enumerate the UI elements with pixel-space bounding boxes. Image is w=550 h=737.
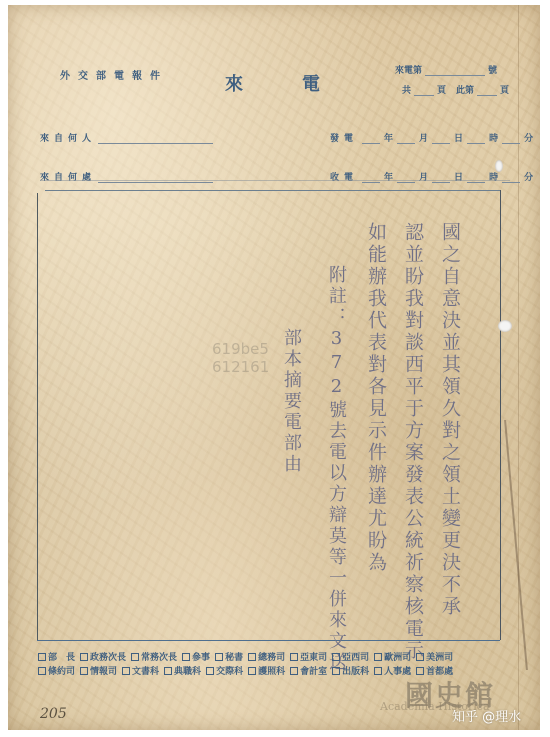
checkbox-square[interactable] xyxy=(131,653,139,661)
routing-checkbox[interactable]: 政務次長 xyxy=(80,650,126,663)
serial-suffix: 號 xyxy=(488,63,497,76)
serial-value xyxy=(425,66,485,76)
routing-checkbox-label: 條約司 xyxy=(48,664,75,677)
routing-checkbox[interactable]: 交際科 xyxy=(206,664,243,677)
sent-datetime-field: 發電 年 月 日 時 分 xyxy=(330,131,533,144)
routing-checkbox-label: 歐洲司 xyxy=(384,650,411,663)
checkbox-square[interactable] xyxy=(38,667,46,675)
sent-month-blank xyxy=(397,134,415,144)
from-person-value xyxy=(98,134,213,144)
routing-checkbox[interactable]: 會計室 xyxy=(290,664,327,677)
routing-checkbox-label: 總務司 xyxy=(258,650,285,663)
routing-checkbox-label: 會計室 xyxy=(300,664,327,677)
sent-hour-blank xyxy=(467,134,485,144)
received-label: 收電 xyxy=(330,170,358,183)
routing-checkbox[interactable]: 情報司 xyxy=(80,664,117,677)
department-label: 外交部電報件 xyxy=(60,67,168,82)
routing-checkbox-label: 亞東司 xyxy=(300,650,327,663)
checkbox-square[interactable] xyxy=(164,667,172,675)
pages-total-suffix: 頁 xyxy=(437,83,446,96)
routing-row-2: 條約司情報司文書科典職科交際科護照科會計室出版科人事處首都處 xyxy=(38,664,453,677)
faint-id-line-1: 619be5 xyxy=(212,340,269,358)
source-credit: 知乎 @理水 xyxy=(452,706,521,725)
received-hour-blank xyxy=(467,173,485,183)
checkbox-square[interactable] xyxy=(38,653,46,661)
routing-checkbox[interactable]: 亞東司 xyxy=(290,650,327,663)
routing-checkbox-label: 護照科 xyxy=(258,664,285,677)
pages-this-suffix: 頁 xyxy=(500,83,509,96)
body-frame-right xyxy=(500,190,501,640)
punch-hole xyxy=(495,160,503,172)
routing-checkbox[interactable]: 參事 xyxy=(182,650,210,663)
received-month-label: 月 xyxy=(419,170,428,183)
routing-checkbox-label: 參事 xyxy=(192,650,210,663)
received-minute-blank xyxy=(502,173,520,183)
faint-id-overlay: 619be5 612161 xyxy=(212,340,269,376)
routing-checkbox[interactable]: 秘書 xyxy=(215,650,243,663)
sent-minute-label: 分 xyxy=(524,131,533,144)
routing-checkbox[interactable]: 常務次長 xyxy=(131,650,177,663)
from-place-value xyxy=(98,173,213,183)
routing-checkbox[interactable]: 亞西司 xyxy=(332,650,369,663)
routing-checkbox[interactable]: 文書科 xyxy=(122,664,159,677)
checkbox-square[interactable] xyxy=(182,653,190,661)
checkbox-square[interactable] xyxy=(215,653,223,661)
body-frame-left xyxy=(37,193,38,640)
routing-checkbox-label: 政務次長 xyxy=(90,650,126,663)
body-column-summary: 部本摘要電部由 xyxy=(282,328,300,475)
checkbox-square[interactable] xyxy=(332,653,340,661)
from-person-field: 來自何人 xyxy=(40,131,213,144)
page-count-field: 共 頁 此第 頁 xyxy=(402,83,509,96)
routing-checkbox-label: 部 長 xyxy=(48,650,75,663)
sent-day-label: 日 xyxy=(454,131,463,144)
routing-row-1: 部 長政務次長常務次長參事秘書總務司亞東司亞西司歐洲司美洲司 xyxy=(38,650,453,663)
routing-checkbox-label: 交際科 xyxy=(216,664,243,677)
checkbox-square[interactable] xyxy=(374,667,382,675)
routing-checkbox-label: 秘書 xyxy=(225,650,243,663)
sent-label: 發電 xyxy=(330,131,358,144)
pages-this-blank xyxy=(477,86,497,96)
body-frame-bottom xyxy=(37,640,500,641)
faint-id-line-2: 612161 xyxy=(212,358,269,376)
page-number: 205 xyxy=(40,706,67,722)
routing-checkbox-label: 出版科 xyxy=(342,664,369,677)
form-title-char-2: 電 xyxy=(302,70,320,96)
checkbox-square[interactable] xyxy=(248,667,256,675)
routing-checkbox[interactable]: 出版科 xyxy=(332,664,369,677)
checkbox-square[interactable] xyxy=(80,667,88,675)
routing-checkbox-label: 亞西司 xyxy=(342,650,369,663)
checkbox-square[interactable] xyxy=(332,667,340,675)
routing-checkbox[interactable]: 典職科 xyxy=(164,664,201,677)
punch-hole xyxy=(498,320,512,332)
sent-minute-blank xyxy=(502,134,520,144)
checkbox-square[interactable] xyxy=(248,653,256,661)
checkbox-square[interactable] xyxy=(80,653,88,661)
routing-checkbox[interactable]: 歐洲司 xyxy=(374,650,411,663)
header-divider xyxy=(40,180,510,181)
received-day-label: 日 xyxy=(454,170,463,183)
serial-prefix: 來電第 xyxy=(395,63,422,76)
received-hour-label: 時 xyxy=(489,170,498,183)
from-person-label: 來自何人 xyxy=(40,131,96,144)
checkbox-square[interactable] xyxy=(374,653,382,661)
checkbox-square[interactable] xyxy=(290,653,298,661)
serial-number-field: 來電第 號 xyxy=(395,63,497,76)
checkbox-square[interactable] xyxy=(122,667,130,675)
checkbox-square[interactable] xyxy=(206,667,214,675)
routing-checkbox[interactable]: 部 長 xyxy=(38,650,75,663)
body-column-note: 附註：372號去電以方辯莫等一併來文送 xyxy=(327,265,345,673)
body-column-2: 認並盼我對談西平于方案發表公統祈察核電示 xyxy=(403,222,422,662)
routing-checkbox[interactable]: 條約司 xyxy=(38,664,75,677)
received-datetime-field: 收電 年 月 日 時 分 xyxy=(330,170,533,183)
pages-total-prefix: 共 xyxy=(402,83,411,96)
routing-checkbox-label: 常務次長 xyxy=(141,650,177,663)
checkbox-square[interactable] xyxy=(416,653,424,661)
received-minute-label: 分 xyxy=(524,170,533,183)
sent-hour-label: 時 xyxy=(489,131,498,144)
received-day-blank xyxy=(432,173,450,183)
routing-checkbox[interactable]: 美洲司 xyxy=(416,650,453,663)
from-place-label: 來自何處 xyxy=(40,170,96,183)
sent-day-blank xyxy=(432,134,450,144)
paper-fold xyxy=(518,5,519,730)
routing-checkbox-label: 美洲司 xyxy=(426,650,453,663)
body-column-3: 如能辦我代表對各見示件辦達尤盼為 xyxy=(366,222,385,574)
received-year-label: 年 xyxy=(384,170,393,183)
sent-year-blank xyxy=(362,134,380,144)
sent-year-label: 年 xyxy=(384,131,393,144)
from-place-field: 來自何處 xyxy=(40,170,213,183)
form-title-char-1: 來 xyxy=(225,70,243,96)
routing-checkbox[interactable]: 護照科 xyxy=(248,664,285,677)
routing-checkbox-label: 情報司 xyxy=(90,664,117,677)
routing-checkbox-label: 文書科 xyxy=(132,664,159,677)
pages-this-prefix: 此第 xyxy=(456,83,474,96)
pages-total-blank xyxy=(414,86,434,96)
routing-checkbox-label: 典職科 xyxy=(174,664,201,677)
body-column-1: 國之自意決並其領久對之領土變更決不承 xyxy=(440,222,459,618)
body-frame-top xyxy=(45,190,500,191)
received-month-blank xyxy=(397,173,415,183)
sent-month-label: 月 xyxy=(419,131,428,144)
checkbox-square[interactable] xyxy=(290,667,298,675)
routing-checkbox[interactable]: 總務司 xyxy=(248,650,285,663)
received-year-blank xyxy=(362,173,380,183)
